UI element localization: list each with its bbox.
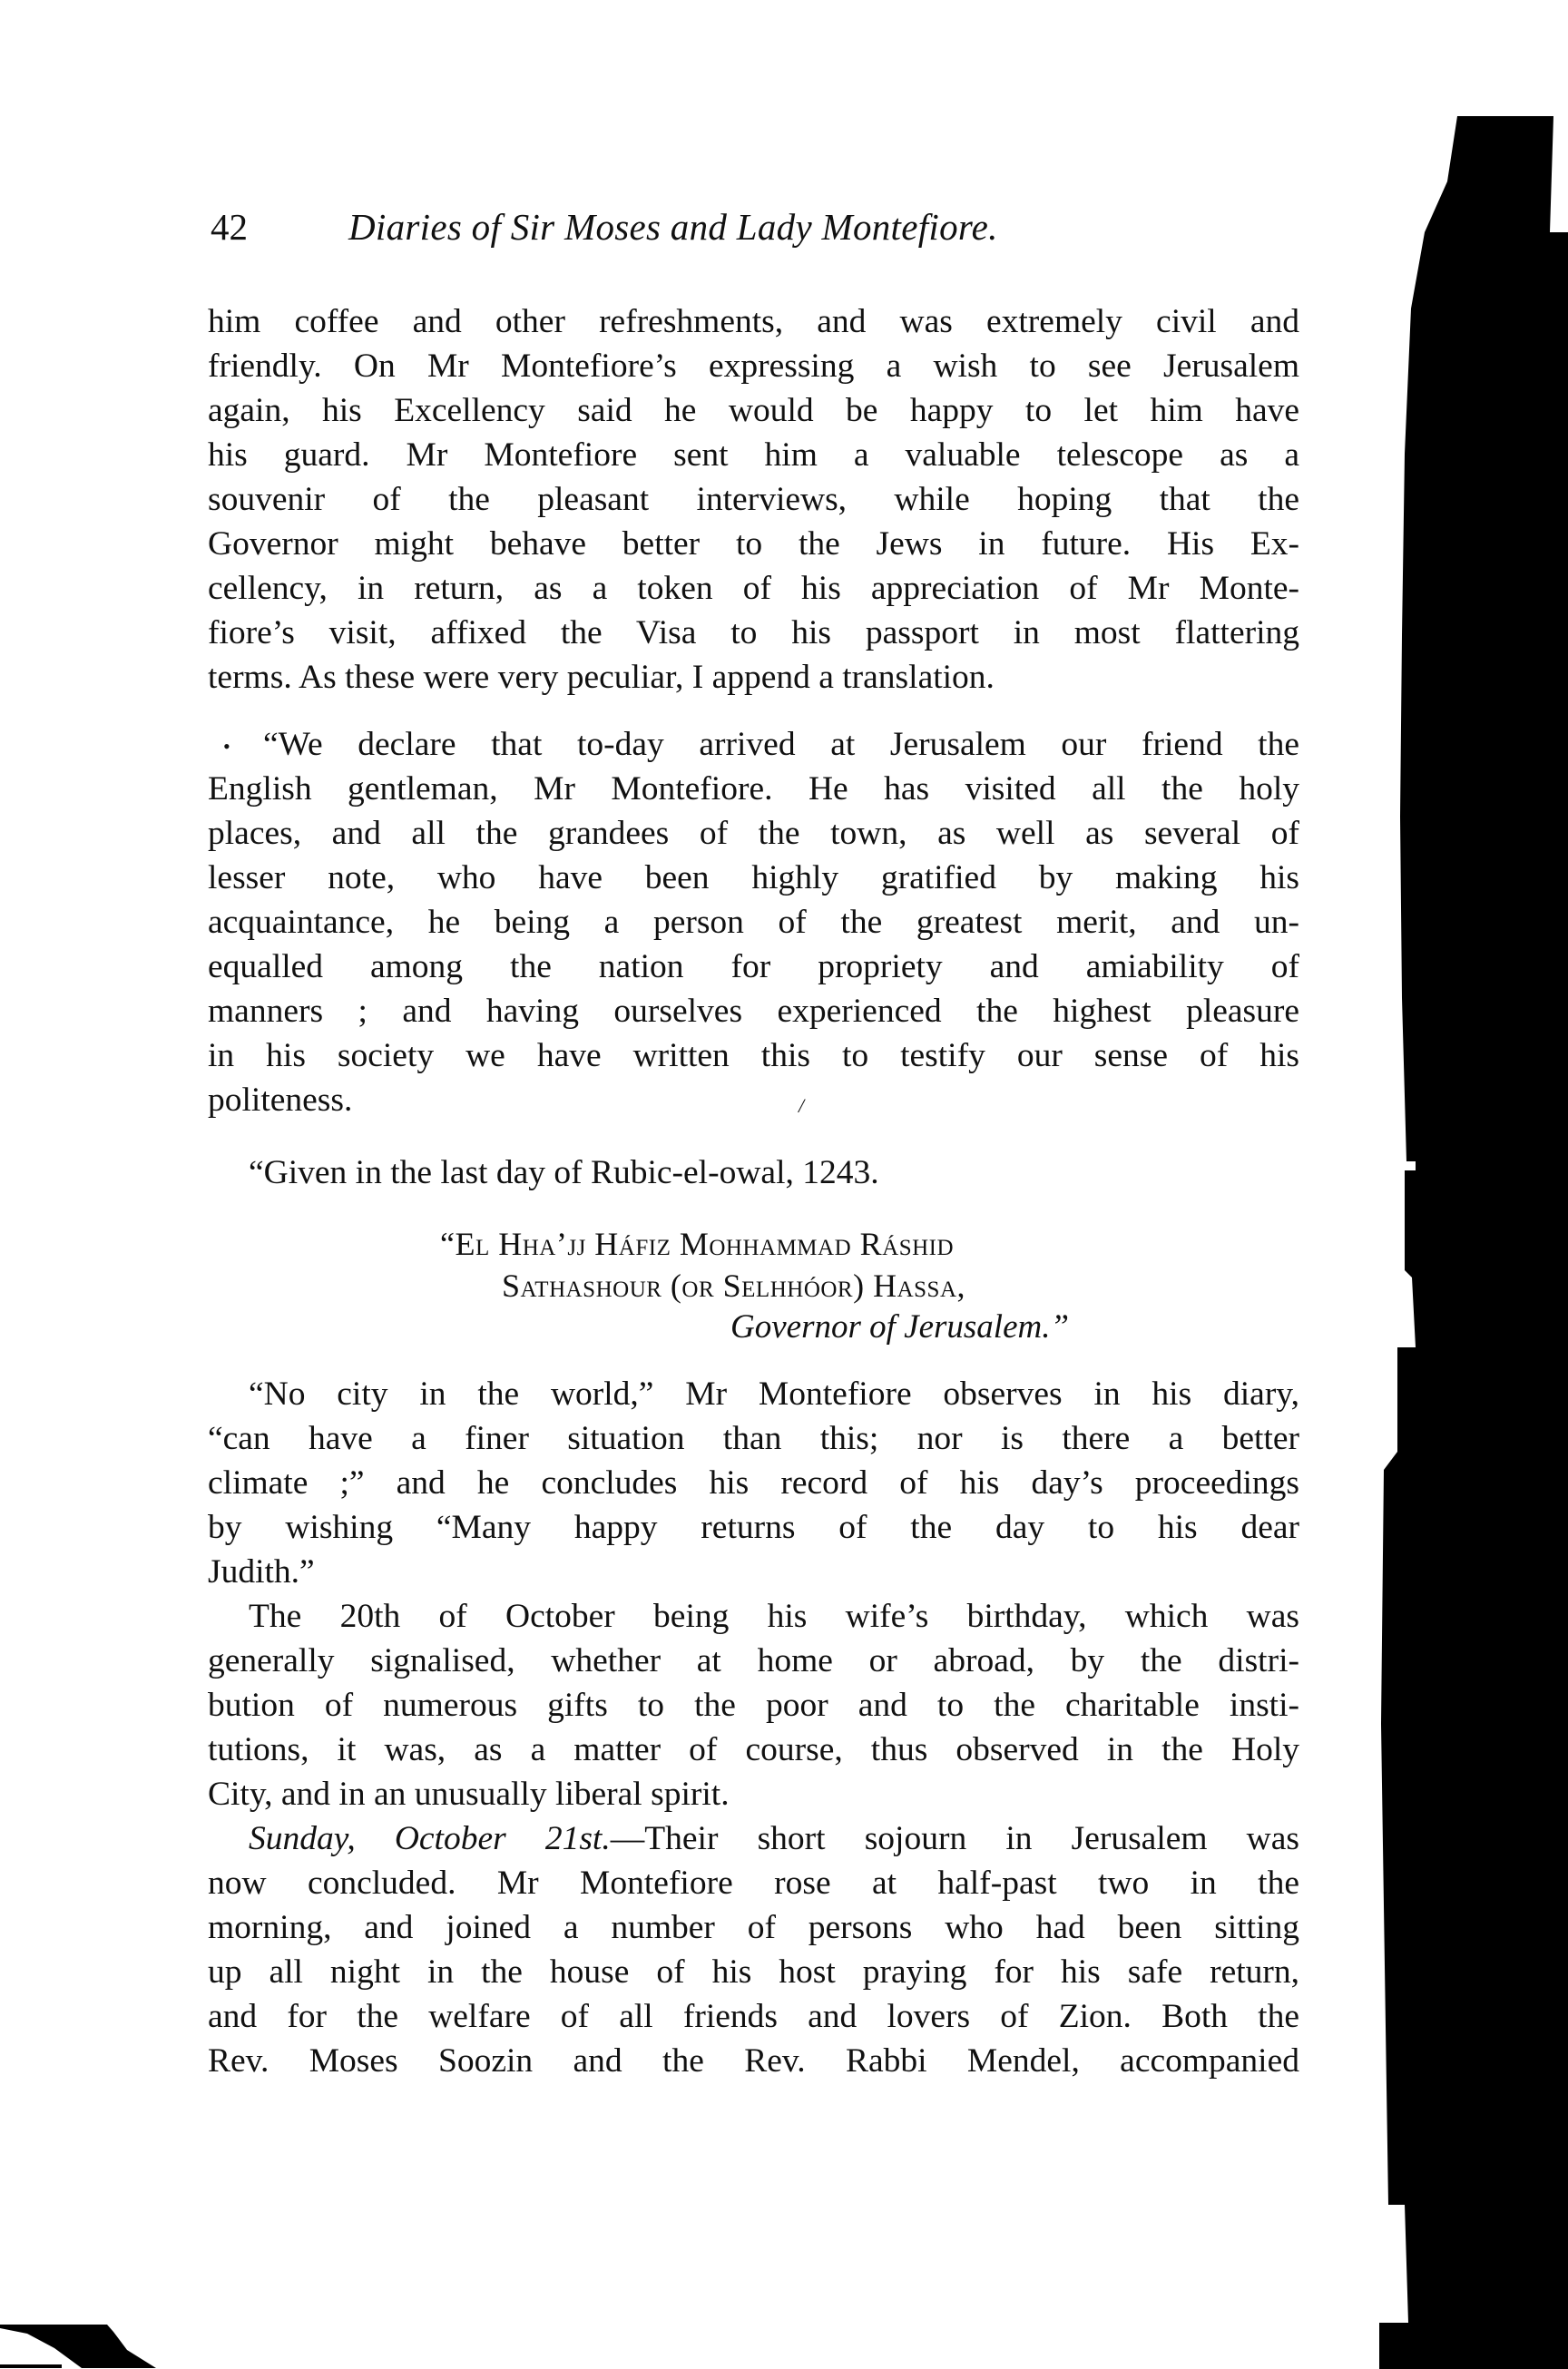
dated-line: “Given in the last day of Rubic-el-owal,…	[249, 1150, 1299, 1196]
text-line: “We declare that to-day arrived at Jerus…	[263, 722, 1299, 768]
lead-in-text: —Their short sojourn in Jerusalem was	[611, 1820, 1299, 1857]
running-head: 42 Diaries of Sir Moses and Lady Montefi…	[211, 201, 1308, 252]
text-line: fiore’s visit, affixed the Visa to his p…	[208, 611, 1299, 656]
text-line: by wishing “Many happy returns of the da…	[208, 1505, 1299, 1551]
text-line: him coffee and other refreshments, and w…	[208, 299, 1299, 345]
text-line: his guard. Mr Montefiore sent him a valu…	[208, 433, 1299, 478]
text-line: morning, and joined a number of persons …	[208, 1905, 1299, 1951]
text-line: acquaintance, he being a person of the g…	[208, 900, 1299, 945]
text-line: City, and in an unusually liberal spirit…	[208, 1772, 1299, 1817]
text-line: The 20th of October being his wife’s bir…	[249, 1594, 1299, 1640]
text-line: cellency, in return, as a token of his a…	[208, 566, 1299, 612]
signature-title: Governor of Jerusalem.”	[730, 1307, 1069, 1348]
text-line: Governor might behave better to the Jews…	[208, 522, 1299, 567]
text-line: equalled among the nation for propriety …	[208, 945, 1299, 990]
text-line: friendly. On Mr Montefiore’s expressing …	[208, 344, 1299, 389]
text-line: lesser note, who have been highly gratif…	[208, 856, 1299, 901]
text-line: now concluded. Mr Montefiore rose at hal…	[208, 1861, 1299, 1906]
text-line: in his society we have written this to t…	[208, 1033, 1299, 1079]
signature-line-2: Sathashour (or Selhhóor) Hassa,	[502, 1265, 965, 1307]
text-line: places, and all the grandees of the town…	[208, 811, 1299, 857]
text-line: climate ;” and he concludes his record o…	[208, 1461, 1299, 1506]
text-line: terms. As these were very peculiar, I ap…	[208, 655, 1299, 700]
book-page: 42 Diaries of Sir Moses and Lady Montefi…	[0, 0, 1568, 2369]
text-line: up all night in the house of his host pr…	[208, 1950, 1299, 1995]
page-number: 42	[211, 201, 248, 252]
text-line: again, his Excellency said he would be h…	[208, 388, 1299, 434]
text-line: “No city in the world,” Mr Montefiore ob…	[249, 1372, 1299, 1417]
signature-line-1: “El Hha’jj Háfiz Mohhammad Ráshid	[440, 1223, 954, 1265]
stray-bullet-mark: •	[223, 737, 230, 757]
text-line: manners ; and having ourselves experienc…	[208, 989, 1299, 1034]
text-line: tutions, it was, as a matter of course, …	[208, 1728, 1299, 1773]
scan-edge-shadow-right	[1361, 0, 1568, 2369]
date-heading: Sunday, October 21st.	[249, 1820, 611, 1857]
text-line: generally signalised, whether at home or…	[208, 1639, 1299, 1684]
scan-edge-shadow-bottom-left	[0, 2305, 181, 2369]
text-line: and for the welfare of all friends and l…	[208, 1994, 1299, 2040]
running-title: Diaries of Sir Moses and Lady Montefiore…	[348, 201, 998, 252]
stray-slash-mark: /	[799, 1096, 804, 1116]
text-line: Rev. Moses Soozin and the Rev. Rabbi Men…	[208, 2039, 1299, 2084]
text-line: English gentleman, Mr Montefiore. He has…	[208, 767, 1299, 812]
text-line: Judith.”	[208, 1550, 1299, 1595]
text-line: “can have a finer situation than this; n…	[208, 1416, 1299, 1462]
text-line: souvenir of the pleasant interviews, whi…	[208, 477, 1299, 523]
text-line: politeness.	[208, 1078, 1299, 1123]
text-line: bution of numerous gifts to the poor and…	[208, 1683, 1299, 1728]
text-line: Sunday, October 21st.—Their short sojour…	[249, 1816, 1299, 1862]
